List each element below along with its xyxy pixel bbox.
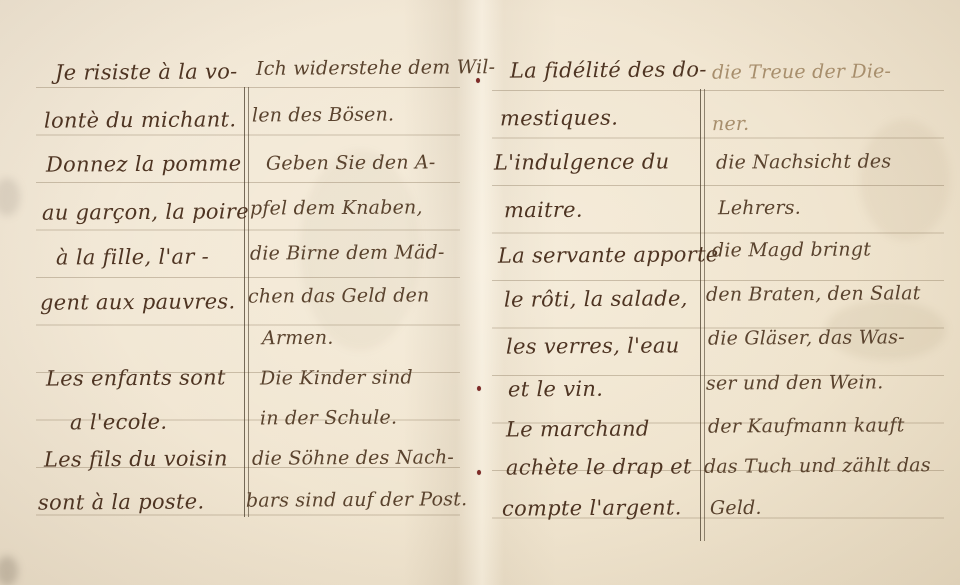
handwritten-line: compte l'argent. bbox=[502, 495, 682, 520]
handwritten-line: Les enfants sont bbox=[46, 365, 226, 390]
handwritten-line: die Nachsicht des bbox=[716, 151, 891, 174]
handwritten-line: lontè du michant. bbox=[44, 107, 236, 132]
handwritten-line: gent aux pauvres. bbox=[40, 289, 236, 315]
handwritten-line: Le marchand bbox=[506, 416, 650, 441]
handwritten-line: à la fille, l'ar - bbox=[56, 244, 209, 269]
handwritten-line: le rôti, la salade, bbox=[504, 286, 688, 311]
handwritten-line: Donnez la pomme bbox=[46, 151, 242, 177]
handwritten-line: sont à la poste. bbox=[38, 489, 205, 514]
handwritten-notebook-photo: Je risiste à la vo- lontè du michant. Do… bbox=[0, 0, 960, 585]
paper-stain bbox=[0, 556, 18, 585]
handwritten-line: ner. bbox=[712, 114, 749, 136]
binding-stitch-dot bbox=[477, 470, 481, 475]
handwritten-line: das Tuch und zählt das bbox=[704, 455, 931, 478]
handwritten-line: achète le drap et bbox=[506, 454, 692, 479]
handwritten-line: et le vin. bbox=[508, 377, 603, 402]
handwritten-line: die Söhne des Nach- bbox=[252, 447, 454, 470]
handwritten-line: L'indulgence du bbox=[494, 149, 670, 174]
handwritten-line: a l'ecole. bbox=[70, 410, 168, 435]
handwritten-line: die Treue der Die- bbox=[712, 61, 891, 84]
handwritten-line: Les fils du voisin bbox=[44, 446, 228, 471]
handwritten-line: die Magd bringt bbox=[712, 239, 871, 262]
handwritten-line: die Birne dem Mäd- bbox=[250, 242, 445, 265]
handwritten-line: mestiques. bbox=[500, 106, 618, 131]
handwritten-line: der Kaufmann kauft bbox=[708, 415, 905, 438]
handwritten-line: pfel dem Knaben, bbox=[250, 197, 423, 220]
handwritten-line: au garçon, la poire bbox=[42, 199, 249, 225]
handwritten-line: chen das Geld den bbox=[248, 285, 430, 308]
handwritten-line: Ich widerstehe dem Wil- bbox=[256, 57, 495, 81]
handwritten-line: die Gläser, das Was- bbox=[708, 327, 905, 350]
handwritten-line: Geben Sie den A- bbox=[266, 152, 436, 175]
handwritten-line: les verres, l'eau bbox=[506, 333, 680, 358]
handwritten-line: bars sind auf der Post. bbox=[246, 489, 467, 512]
handwritten-line: Armen. bbox=[262, 328, 334, 350]
handwritten-line: maitre. bbox=[504, 198, 583, 223]
paper-stain bbox=[0, 178, 20, 216]
handwritten-line: La fidélité des do- bbox=[510, 57, 707, 83]
handwritten-line: La servante apporte bbox=[498, 242, 719, 268]
binding-stitch-dot bbox=[477, 386, 481, 391]
handwritten-line: Je risiste à la vo- bbox=[55, 59, 238, 84]
handwritten-line: Geld. bbox=[710, 498, 762, 520]
handwritten-line: in der Schule. bbox=[260, 408, 397, 431]
handwritten-line: Die Kinder sind bbox=[260, 367, 413, 390]
handwritten-line: ser und den Wein. bbox=[706, 372, 884, 395]
handwritten-line: den Braten, den Salat bbox=[706, 283, 921, 306]
handwritten-line: Lehrers. bbox=[718, 198, 801, 220]
handwritten-line: len des Bösen. bbox=[252, 105, 394, 128]
